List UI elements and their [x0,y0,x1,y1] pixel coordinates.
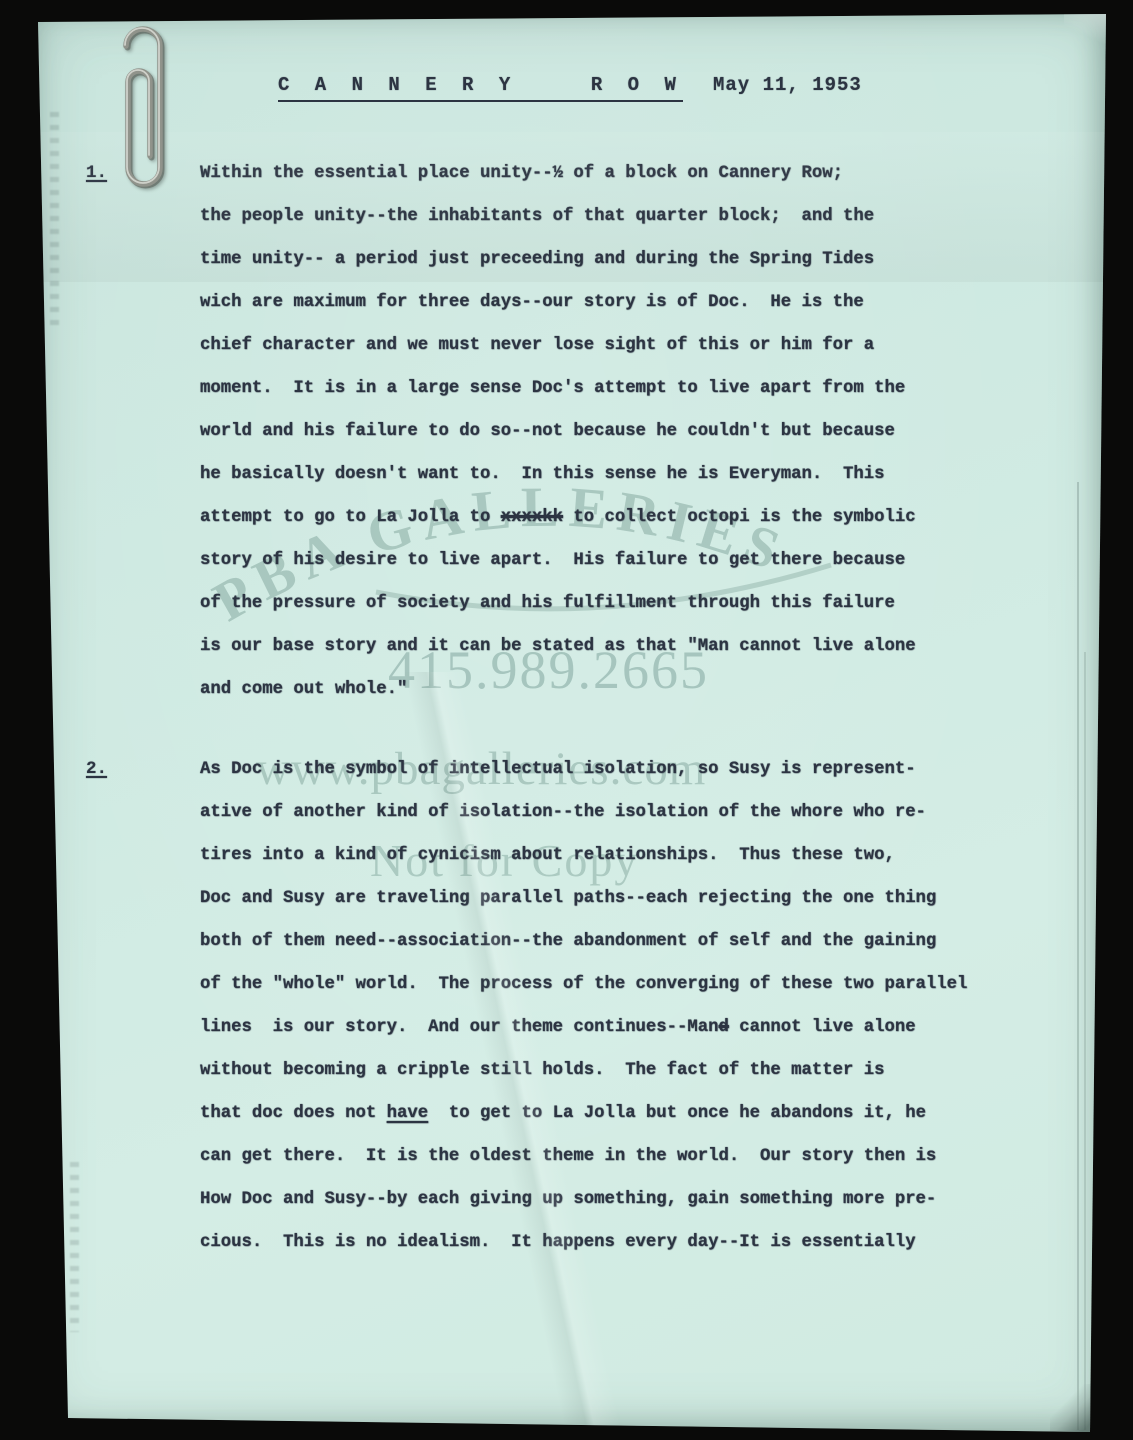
text-line: the people unity--the inhabitants of tha… [200,195,916,238]
paragraph-lines: As Doc is the symbol of intellectual iso… [200,748,967,1264]
text-line: of the "whole" world. The process of the… [200,963,967,1006]
document-page: PBA GALLERIES 415.989.2665 www.pbagaller… [36,12,1108,1433]
text-line: How Doc and Susy--by each giving up some… [200,1178,967,1221]
text-line: Doc and Susy are traveling parallel path… [200,877,967,920]
text-line: attempt to go to La Jolla to xxxxkk to c… [200,496,916,539]
text-line: tires into a kind of cynicism about rela… [200,834,967,877]
paragraph-lines: Within the essential place unity--½ of a… [200,152,916,711]
page-stack-edge [1084,652,1086,1430]
document-title: C A N N E R Y R O W [278,74,683,102]
text-line: he basically doesn't want to. In this se… [200,453,916,496]
text-line: and come out whole." [200,668,916,711]
scan-background: PBA GALLERIES 415.989.2665 www.pbagaller… [0,0,1133,1440]
paragraph-number: 1. [86,152,107,195]
text-line: Within the essential place unity--½ of a… [200,152,916,195]
paperclip-icon [112,16,176,216]
paragraph-number: 2. [86,748,107,791]
text-line: story of his desire to live apart. His f… [200,539,916,582]
text-line: both of them need--association--the aban… [200,920,967,963]
text-line: wich are maximum for three days--our sto… [200,281,916,324]
bleed-through-marks [50,112,59,327]
text-line: cious. This is no idealism. It happens e… [200,1221,967,1264]
page-corner-notch [1064,14,1110,44]
text-line: moment. It is in a large sense Doc's att… [200,367,916,410]
text-line: is our base story and it can be stated a… [200,625,916,668]
bleed-through-marks [70,1162,79,1332]
text-line: of the pressure of society and his fulfi… [200,582,916,625]
text-line: lines is our story. And our theme contin… [200,1006,967,1049]
text-line: without becoming a cripple still holds. … [200,1049,967,1092]
page-corner-curl [1050,1384,1094,1434]
text-line: can get there. It is the oldest theme in… [200,1135,967,1178]
text-line: world and his failure to do so--not beca… [200,410,916,453]
text-line: time unity-- a period just preceeding an… [200,238,916,281]
text-line: that doc does not have to get to La Joll… [200,1092,967,1135]
text-line: As Doc is the symbol of intellectual iso… [200,748,967,791]
text-line: chief character and we must never lose s… [200,324,916,367]
document-date: May 11, 1953 [713,74,862,96]
bleed-through-marks [40,572,49,787]
text-line: ative of another kind of isolation--the … [200,791,967,834]
page-stack-edge [1077,482,1079,1430]
